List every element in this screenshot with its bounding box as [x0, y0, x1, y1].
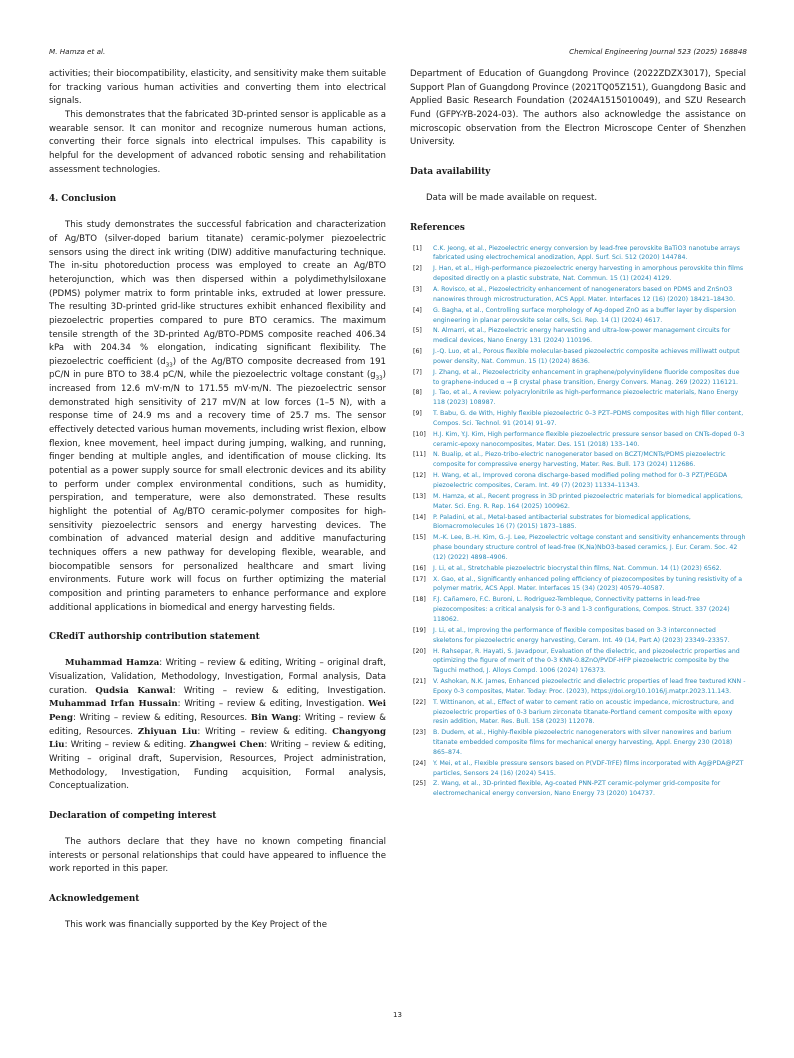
reference-item[interactable]: [9] T. Babu, G. de With, Highly flexible…: [410, 409, 746, 429]
reference-number: [3]: [413, 285, 422, 295]
reference-number: [13]: [413, 492, 426, 502]
reference-item[interactable]: [8] J. Tao, et al., A review: polyacrylo…: [410, 388, 746, 408]
reference-link[interactable]: B. Dudem, et al., Highly-flexible piezoe…: [433, 728, 746, 758]
reference-number: [7]: [413, 368, 422, 378]
reference-item[interactable]: [12] H. Wang, et al., Improved corona di…: [410, 471, 746, 491]
reference-link[interactable]: J. Li, et al., Stretchable piezoelectric…: [433, 564, 746, 574]
reference-item[interactable]: [15] M.-K. Lee, B.-H. Kim, G.-J. Lee, Pi…: [410, 533, 746, 563]
reference-link[interactable]: J. Han, et al., High-performance piezoel…: [433, 264, 746, 284]
reference-number: [21]: [413, 677, 426, 687]
reference-item[interactable]: [4] G. Bagha, et al., Controlling surfac…: [410, 306, 746, 326]
reference-link[interactable]: N. Almarri, et al., Piezoelectric energy…: [433, 326, 746, 346]
reference-link[interactable]: M.-K. Lee, B.-H. Kim, G.-J. Lee, Piezoel…: [433, 533, 746, 563]
reference-link[interactable]: J. Zhang, et al., Piezoelectricity enhan…: [433, 368, 746, 388]
reference-item[interactable]: [17] X. Gao, et al., Significantly enhan…: [410, 575, 746, 595]
conclusion-heading: 4. Conclusion: [49, 193, 386, 206]
reference-number: [20]: [413, 647, 426, 657]
reference-number: [12]: [413, 471, 426, 481]
right-column: Department of Education of Guangdong Pro…: [410, 68, 746, 800]
reference-number: [9]: [413, 409, 422, 419]
reference-item[interactable]: [3] A. Rovisco, et al., Piezoelectricity…: [410, 285, 746, 305]
reference-number: [19]: [413, 626, 426, 636]
reference-link[interactable]: Z. Wang, et al., 3D-printed flexible, Ag…: [433, 779, 746, 799]
reference-number: [5]: [413, 326, 422, 336]
data-availability-heading: Data availability: [410, 166, 746, 179]
reference-item[interactable]: [22] T. Wittinanon, et al., Effect of wa…: [410, 698, 746, 728]
reference-number: [2]: [413, 264, 422, 274]
reference-item[interactable]: [1] C.K. Jeong, et al., Piezoelectric en…: [410, 244, 746, 264]
reference-number: [6]: [413, 347, 422, 357]
reference-link[interactable]: J. Tao, et al., A review: polyacrylonitr…: [433, 388, 746, 408]
running-head-authors: M. Hamza et al.: [49, 47, 105, 56]
reference-link[interactable]: J.-Q. Luo, et al., Porous flexible molec…: [433, 347, 746, 367]
reference-link[interactable]: H. Rahsepar, R. Hayati, S. Javadpour, Ev…: [433, 647, 746, 677]
page-number: 13: [393, 1011, 402, 1019]
reference-number: [16]: [413, 564, 426, 574]
running-head-journal: Chemical Engineering Journal 523 (2025) …: [569, 47, 747, 56]
conclusion-paragraph: This study demonstrates the successful f…: [49, 219, 386, 615]
reference-item[interactable]: [7] J. Zhang, et al., Piezoelectricity e…: [410, 368, 746, 388]
left-column: activities; their biocompatibility, elas…: [49, 68, 386, 932]
reference-item[interactable]: [13] M. Hamza, et al., Recent progress i…: [410, 492, 746, 512]
reference-item[interactable]: [2] J. Han, et al., High-performance pie…: [410, 264, 746, 284]
reference-link[interactable]: H. Wang, et al., Improved corona dischar…: [433, 471, 746, 491]
reference-link[interactable]: F.J. Cañamero, F.C. Buroni, L. Rodriguez…: [433, 595, 746, 625]
reference-link[interactable]: H.J. Kim, Y.J. Kim, High performance fle…: [433, 430, 746, 450]
reference-link[interactable]: M. Hamza, et al., Recent progress in 3D …: [433, 492, 746, 512]
reference-link[interactable]: A. Rovisco, et al., Piezoelectricity enh…: [433, 285, 746, 305]
reference-item[interactable]: [21] V. Ashokan, N.K. James, Enhanced pi…: [410, 677, 746, 697]
reference-item[interactable]: [16] J. Li, et al., Stretchable piezoele…: [410, 564, 746, 574]
reference-number: [22]: [413, 698, 426, 708]
reference-number: [17]: [413, 575, 426, 585]
reference-number: [14]: [413, 513, 426, 523]
credit-heading: CRediT authorship contribution statement: [49, 631, 386, 644]
reference-link[interactable]: X. Gao, et al., Significantly enhanced p…: [433, 575, 746, 595]
data-availability-text: Data will be made available on request.: [410, 192, 746, 206]
acknowledgement-continued: Department of Education of Guangdong Pro…: [410, 68, 746, 150]
paragraph-intro-1: activities; their biocompatibility, elas…: [49, 68, 386, 109]
reference-link[interactable]: T. Wittinanon, et al., Effect of water t…: [433, 698, 746, 728]
reference-link[interactable]: V. Ashokan, N.K. James, Enhanced piezoel…: [433, 677, 746, 697]
acknowledgement-heading: Acknowledgement: [49, 893, 386, 906]
reference-number: [24]: [413, 759, 426, 769]
reference-item[interactable]: [14] P. Paladini, et al., Metal-based an…: [410, 513, 746, 533]
reference-link[interactable]: N. Bualip, et al., Piezo-tribo-electric …: [433, 450, 746, 470]
reference-item[interactable]: [19] J. Li, et al., Improving the perfor…: [410, 626, 746, 646]
reference-link[interactable]: G. Bagha, et al., Controlling surface mo…: [433, 306, 746, 326]
reference-item[interactable]: [10] H.J. Kim, Y.J. Kim, High performanc…: [410, 430, 746, 450]
reference-number: [25]: [413, 779, 426, 789]
reference-item[interactable]: [11] N. Bualip, et al., Piezo-tribo-elec…: [410, 450, 746, 470]
reference-link[interactable]: J. Li, et al., Improving the performance…: [433, 626, 746, 646]
reference-item[interactable]: [5] N. Almarri, et al., Piezoelectric en…: [410, 326, 746, 346]
reference-item[interactable]: [24] Y. Mei, et al., Flexible pressure s…: [410, 759, 746, 779]
paragraph-intro-2: This demonstrates that the fabricated 3D…: [49, 109, 386, 177]
reference-number: [8]: [413, 388, 422, 398]
reference-link[interactable]: Y. Mei, et al., Flexible pressure sensor…: [433, 759, 746, 779]
declaration-heading: Declaration of competing interest: [49, 810, 386, 823]
reference-link[interactable]: P. Paladini, et al., Metal-based antibac…: [433, 513, 746, 533]
reference-number: [15]: [413, 533, 426, 543]
reference-item[interactable]: [18] F.J. Cañamero, F.C. Buroni, L. Rodr…: [410, 595, 746, 625]
credit-paragraph: Muhammad Hamza: Writing – review & editi…: [49, 657, 386, 794]
reference-item[interactable]: [6] J.-Q. Luo, et al., Porous flexible m…: [410, 347, 746, 367]
reference-item[interactable]: [20] H. Rahsepar, R. Hayati, S. Javadpou…: [410, 647, 746, 677]
reference-link[interactable]: C.K. Jeong, et al., Piezoelectric energy…: [433, 244, 746, 264]
reference-number: [4]: [413, 306, 422, 316]
reference-number: [1]: [413, 244, 422, 254]
reference-item[interactable]: [23] B. Dudem, et al., Highly-flexible p…: [410, 728, 746, 758]
reference-item[interactable]: [25] Z. Wang, et al., 3D-printed flexibl…: [410, 779, 746, 799]
declaration-paragraph: The authors declare that they have no kn…: [49, 836, 386, 877]
acknowledgement-paragraph: This work was financially supported by t…: [49, 919, 386, 933]
reference-number: [11]: [413, 450, 426, 460]
reference-number: [23]: [413, 728, 426, 738]
reference-list: [1] C.K. Jeong, et al., Piezoelectric en…: [410, 244, 746, 800]
reference-number: [10]: [413, 430, 426, 440]
references-heading: References: [410, 222, 746, 235]
reference-link[interactable]: T. Babu, G. de With, Highly flexible pie…: [433, 409, 746, 429]
reference-number: [18]: [413, 595, 426, 605]
